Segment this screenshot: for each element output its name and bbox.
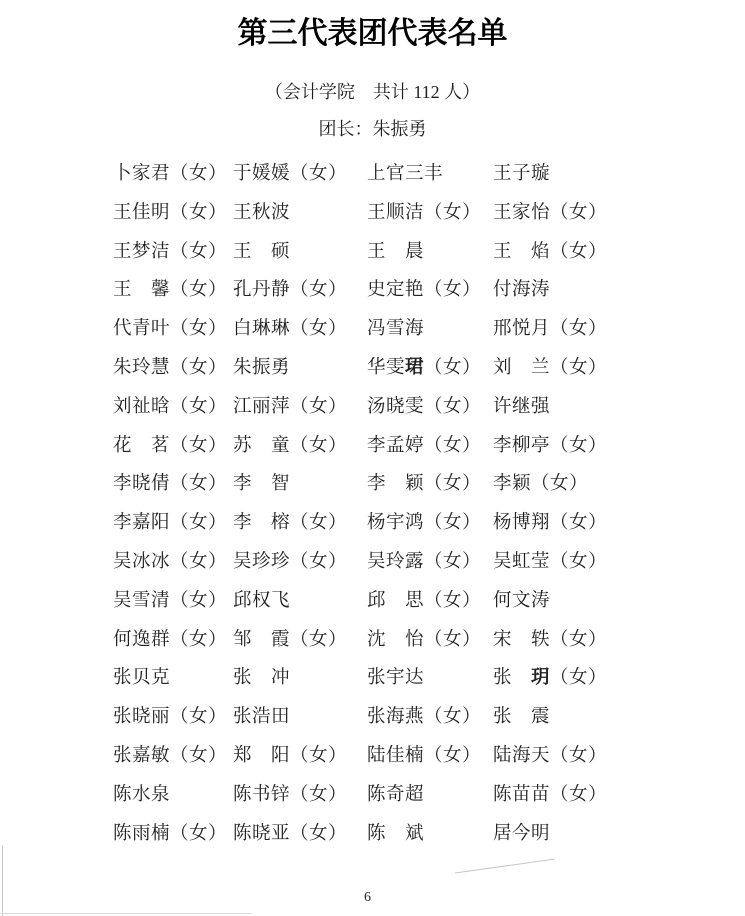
roster-name: 上官三丰	[367, 155, 493, 194]
roster-name: 陈晓亚（女）	[233, 815, 367, 854]
roster-name: 陈奇超	[367, 776, 493, 815]
roster-name: 张贝克	[113, 659, 233, 698]
roster-name: 李柳亭（女）	[493, 427, 725, 466]
roster-name: 杨宇鸿（女）	[367, 504, 493, 543]
roster-name: 陈水泉	[113, 776, 233, 815]
roster-name: 陆佳楠（女）	[367, 737, 493, 776]
roster-name: 汤晓雯（女）	[367, 388, 493, 427]
roster-name: 代青叶（女）	[113, 310, 233, 349]
roster-name: 何逸群（女）	[113, 621, 233, 660]
roster-name: 李 智	[233, 465, 367, 504]
roster-name: 陆海天（女）	[493, 737, 725, 776]
roster-name: 王顺洁（女）	[367, 194, 493, 233]
roster-name: 华雯珺（女）	[367, 349, 493, 388]
roster-name: 史定艳（女）	[367, 271, 493, 310]
roster-name: 苏 童（女）	[233, 427, 367, 466]
roster-name: 花 茗（女）	[113, 427, 233, 466]
roster-name: 陈 斌	[367, 815, 493, 854]
roster-name: 陈雨楠（女）	[113, 815, 233, 854]
roster-name: 李 榕（女）	[233, 504, 367, 543]
roster-name: 张 玥（女）	[493, 659, 725, 698]
roster: 卜家君（女）于媛媛（女）上官三丰王子璇王佳明（女）王秋波王顺洁（女）王家怡（女）…	[113, 155, 725, 853]
roster-name: 王子璇	[493, 155, 725, 194]
roster-name: 张海燕（女）	[367, 698, 493, 737]
roster-name: 冯雪海	[367, 310, 493, 349]
roster-name: 王梦洁（女）	[113, 233, 233, 272]
scan-artifact-left-line	[2, 845, 3, 916]
page-number: 6	[364, 890, 371, 906]
roster-name: 张宇达	[367, 659, 493, 698]
roster-name: 何文涛	[493, 582, 725, 621]
roster-name: 邱 思（女）	[367, 582, 493, 621]
document-page: { "page": { "title": "第三代表团代表名单", "subti…	[0, 0, 745, 916]
page-title: 第三代表团代表名单	[0, 0, 745, 54]
roster-name: 吴冰冰（女）	[113, 543, 233, 582]
roster-name: 李 颖（女）	[367, 465, 493, 504]
scan-artifact-bottom-line	[0, 913, 252, 914]
roster-name: 吴玲露（女）	[367, 543, 493, 582]
roster-name: 白琳琳（女）	[233, 310, 367, 349]
roster-name: 居今明	[493, 815, 725, 854]
roster-name: 李晓倩（女）	[113, 465, 233, 504]
roster-name: 张嘉敏（女）	[113, 737, 233, 776]
roster-name: 于媛媛（女）	[233, 155, 367, 194]
roster-name: 邹 霞（女）	[233, 621, 367, 660]
roster-name: 宋 轶（女）	[493, 621, 725, 660]
roster-name: 朱振勇	[233, 349, 367, 388]
roster-name: 张晓丽（女）	[113, 698, 233, 737]
roster-name: 孔丹静（女）	[233, 271, 367, 310]
roster-name: 王 馨（女）	[113, 271, 233, 310]
roster-name: 王 晨	[367, 233, 493, 272]
roster-name: 张浩田	[233, 698, 367, 737]
roster-name: 王家怡（女）	[493, 194, 725, 233]
roster-name: 李孟婷（女）	[367, 427, 493, 466]
roster-name: 陈书锌（女）	[233, 776, 367, 815]
roster-name: 朱玲慧（女）	[113, 349, 233, 388]
page-subtitle: （会计学院 共计 112 人）	[0, 80, 745, 104]
roster-name: 吴雪清（女）	[113, 582, 233, 621]
roster-name: 王秋波	[233, 194, 367, 233]
roster-name: 李颖（女）	[493, 465, 725, 504]
roster-name: 江丽萍（女）	[233, 388, 367, 427]
roster-name: 刘 兰（女）	[493, 349, 725, 388]
roster-name: 杨博翔（女）	[493, 504, 725, 543]
roster-name: 陈苗苗（女）	[493, 776, 725, 815]
roster-name: 张 冲	[233, 659, 367, 698]
roster-name: 沈 怡（女）	[367, 621, 493, 660]
roster-name: 付海涛	[493, 271, 725, 310]
leader-line: 团长：朱振勇	[0, 117, 745, 141]
roster-name: 许继强	[493, 388, 725, 427]
roster-name: 邱权飞	[233, 582, 367, 621]
roster-name: 吴珍珍（女）	[233, 543, 367, 582]
roster-name: 李嘉阳（女）	[113, 504, 233, 543]
roster-name: 王佳明（女）	[113, 194, 233, 233]
roster-name: 张 震	[493, 698, 725, 737]
roster-name: 卜家君（女）	[113, 155, 233, 194]
roster-name: 王 焰（女）	[493, 233, 725, 272]
roster-name: 王 硕	[233, 233, 367, 272]
roster-name: 邢悦月（女）	[493, 310, 725, 349]
roster-name: 郑 阳（女）	[233, 737, 367, 776]
roster-name: 刘祉晗（女）	[113, 388, 233, 427]
roster-name: 吴虹莹（女）	[493, 543, 725, 582]
scan-artifact-scratch	[450, 853, 560, 879]
